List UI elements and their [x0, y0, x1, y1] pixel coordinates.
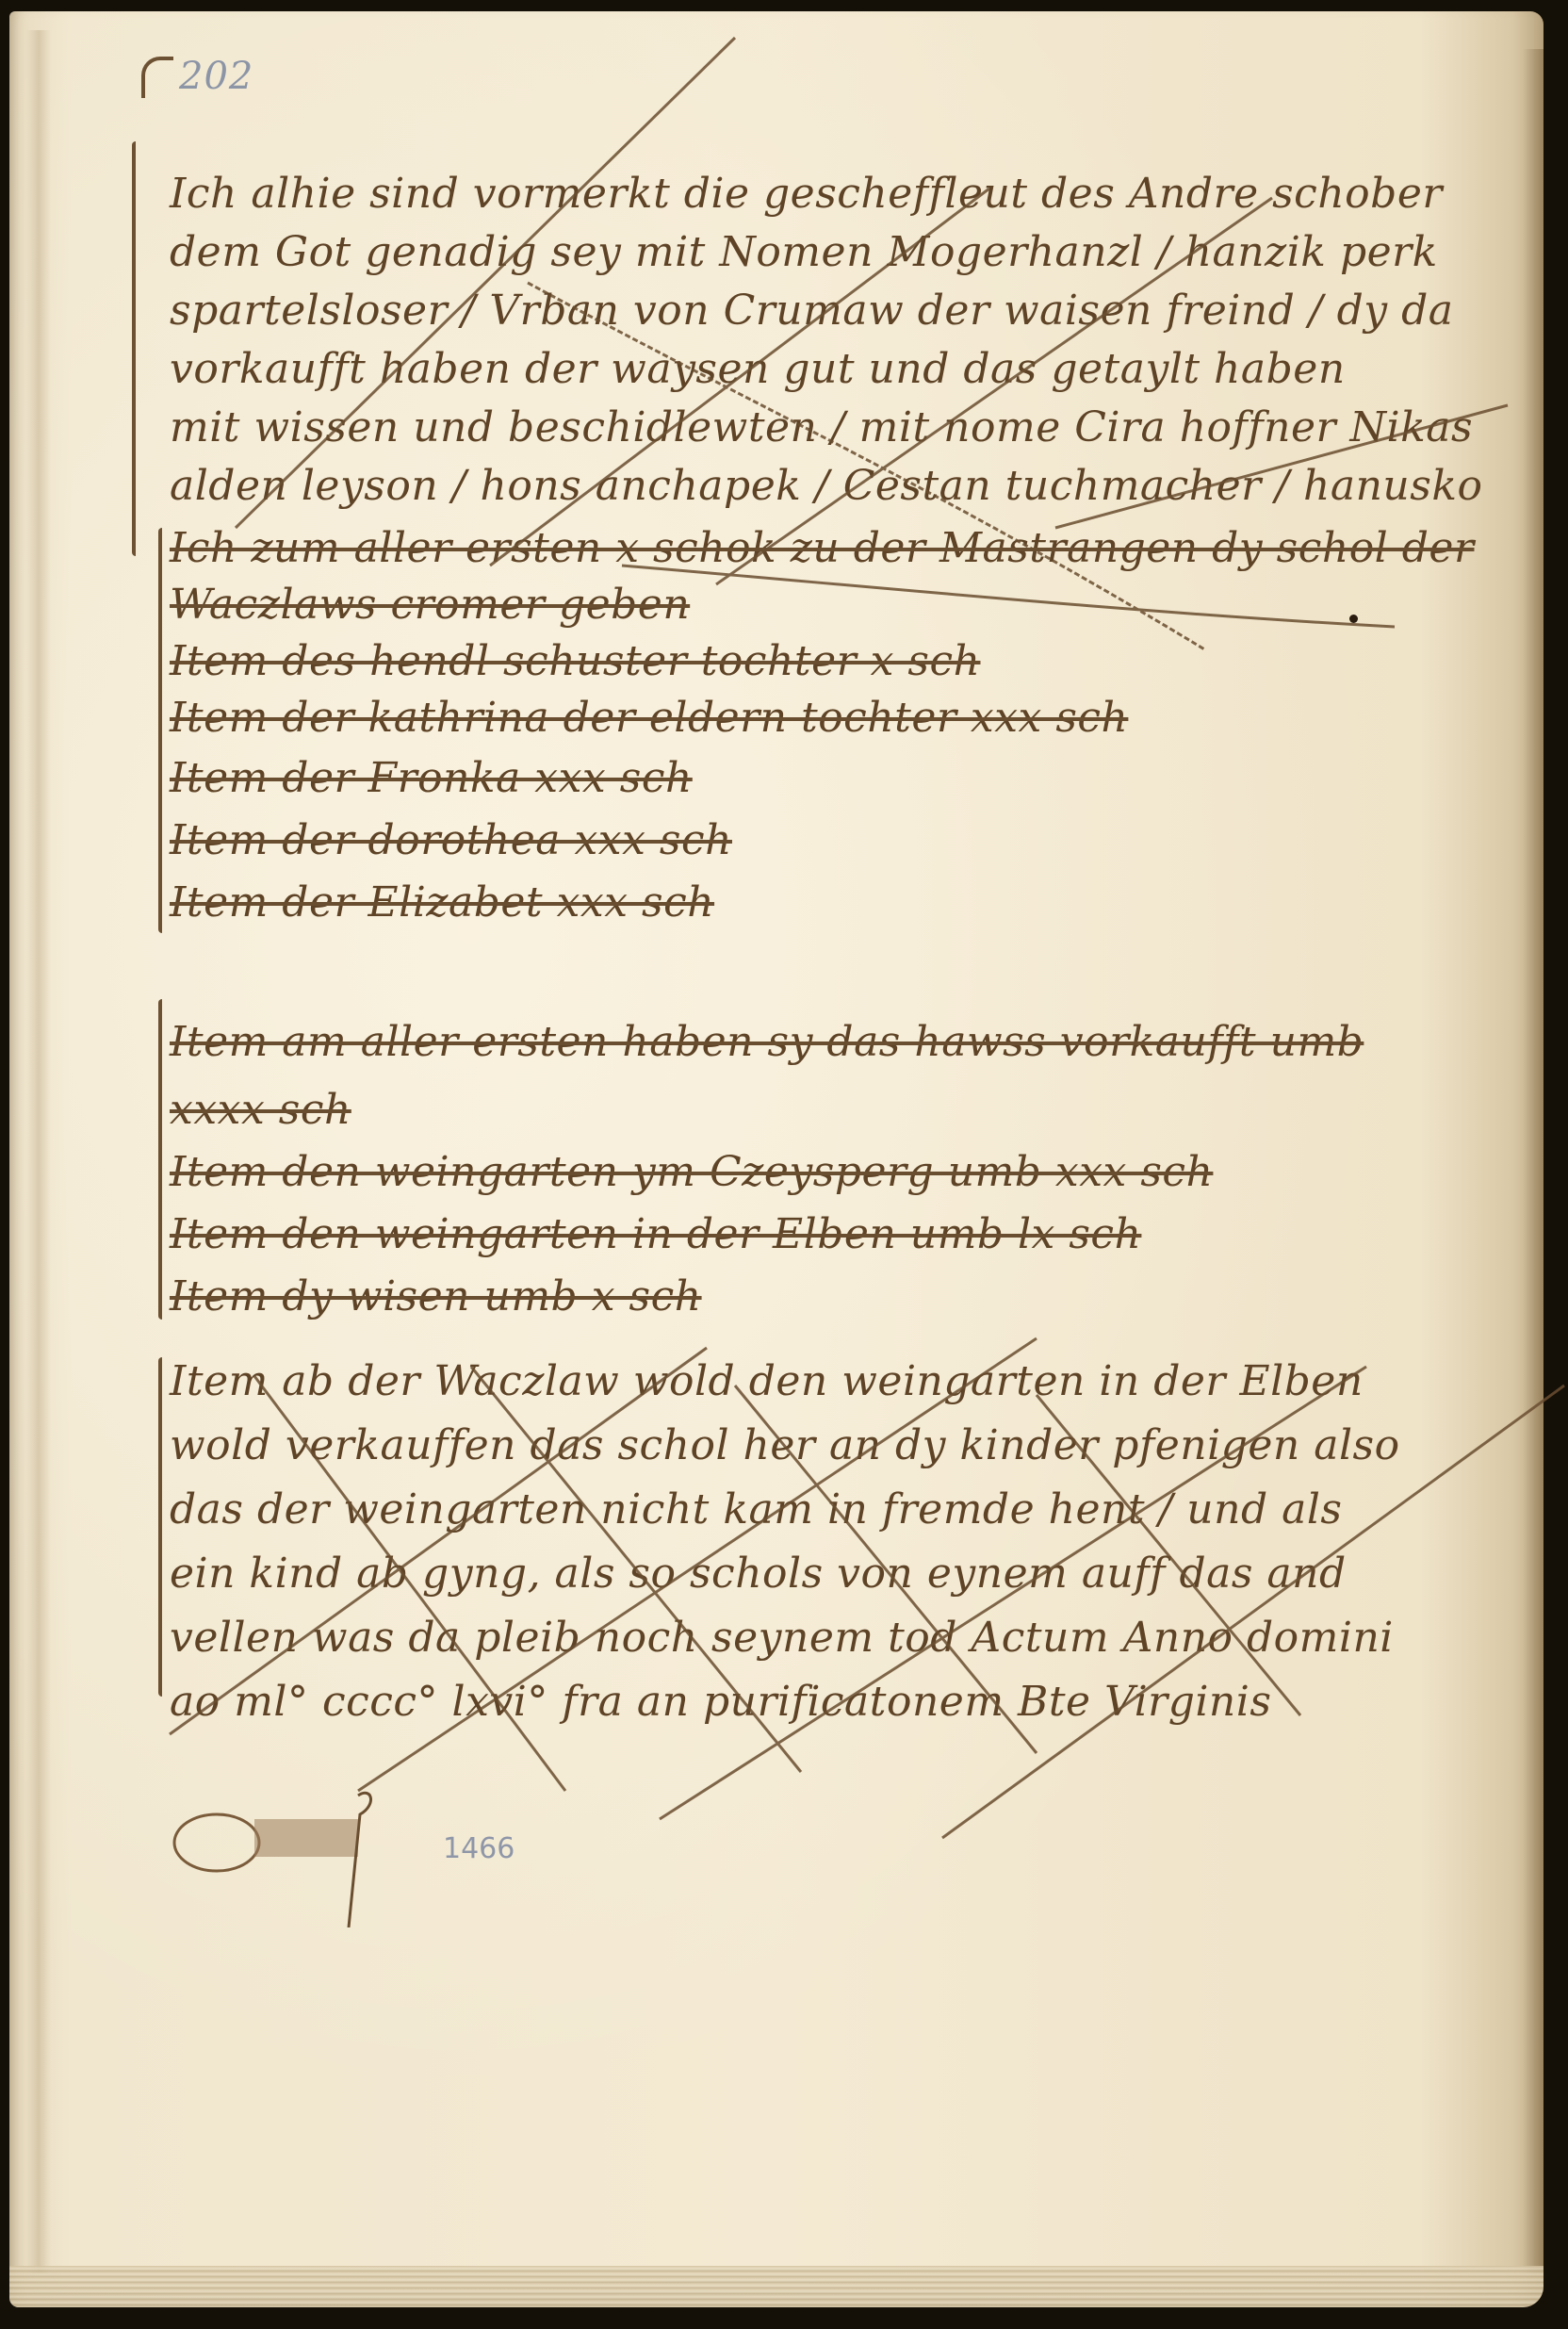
sale-line-2: xxxx sch [170, 1086, 351, 1134]
paragraph-bracket [132, 141, 136, 556]
sale-line-5: Item dy wisen umb x sch [170, 1272, 702, 1320]
page-bottom-edges [9, 2266, 1543, 2307]
sale-line-3: Item den weingarten ym Czeysperg umb xxx… [170, 1148, 1213, 1196]
intro-line-2: dem Got genadig sey mit Nomen Mogerhanzl… [170, 228, 1438, 276]
payment-line-7: Item der Elizabet xxx sch [170, 878, 714, 927]
paragraph-bracket [158, 1357, 162, 1697]
final-line-3: das der weingarten nicht kam in fremde h… [170, 1485, 1343, 1534]
intro-line-6: alden leyson / hons anchapek / Cestan tu… [170, 462, 1483, 510]
final-line-2: wold verkauffen das schol her an dy kind… [170, 1421, 1400, 1469]
pencil-year-annotation: 1466 [443, 1832, 514, 1865]
manuscript-scan: 202 Ich alhie sind vormerkt die gescheff… [0, 0, 1568, 2329]
paragraph-bracket [158, 528, 162, 933]
final-line-6: ao ml° cccc° lxvi° fra an purificatonem … [170, 1678, 1271, 1726]
intro-line-3: spartelsloser / Vrban von Crumaw der wai… [170, 287, 1454, 335]
payment-line-2: Waczlaws cromer geben [170, 581, 690, 629]
intro-line-4: vorkaufft haben der waysen gut und das g… [170, 345, 1346, 393]
intro-line-1: Ich alhie sind vormerkt die gescheffleut… [170, 170, 1443, 218]
payment-line-4: Item der kathrina der eldern tochter xxx… [170, 694, 1128, 742]
intro-line-5: mit wissen und beschidlewten / mit nome … [170, 403, 1473, 451]
payment-line-6: Item der dorothea xxx sch [170, 816, 732, 864]
spine-fold [26, 30, 51, 2273]
sale-line-1: Item am aller ersten haben sy das hawss … [170, 1018, 1364, 1066]
payment-line-5: Item der Fronka xxx sch [170, 754, 693, 802]
payment-line-3: Item des hendl schuster tochter x sch [170, 637, 981, 685]
folio-number: 202 [179, 55, 253, 98]
final-line-5: vellen was da pleib noch seynem tod Actu… [170, 1614, 1394, 1662]
final-line-1: Item ab der Waczlaw wold den weingarten … [170, 1357, 1364, 1405]
ink-blot [1349, 615, 1358, 623]
notarial-flourish-icon [160, 1786, 396, 1927]
sale-line-4: Item den weingarten in der Elben umb lx … [170, 1210, 1141, 1258]
paragraph-bracket [158, 999, 162, 1320]
payment-line-1: Ich zum aller ersten x schok zu der Mast… [170, 524, 1474, 572]
page-right-edge [1523, 49, 1543, 2273]
final-line-4: ein kind ab gyng, als so schols von eyne… [170, 1550, 1347, 1598]
folio-flourish-icon [141, 57, 173, 98]
